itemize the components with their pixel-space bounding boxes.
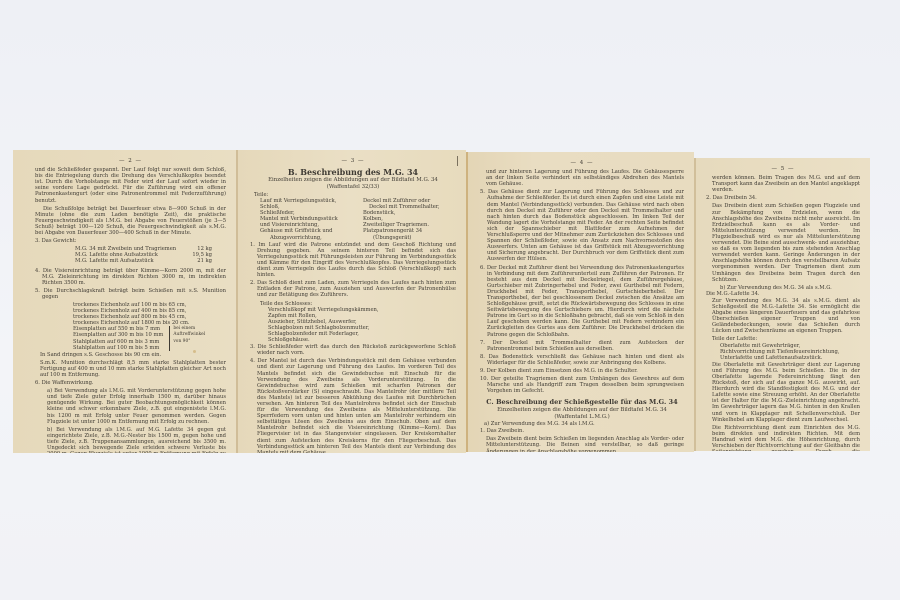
paragraph: und die Schließfeder gespannt. Der Lauf …	[35, 167, 226, 204]
page-5: — 5 — werden können. Beim Tragen des M.G…	[694, 158, 870, 451]
paragraph: Die Oberlafette mit Gewehrträger dient z…	[706, 362, 860, 423]
list-item: 10. Der geteilte Tragriemen dient zum Um…	[480, 376, 684, 394]
paragraph: Die Richtvorrichtung dient zum Einrichte…	[706, 425, 860, 451]
paragraph: Zur Verwendung des M.G. 34 als s.M.G. di…	[706, 298, 860, 335]
mount-parts: Teile der Lafette: Oberlafette mit Geweh…	[706, 336, 860, 360]
section-heading: 6. Die Waffenwirkung.	[35, 380, 226, 386]
subheading: Einzelheiten zeigen die Abbildungen auf …	[250, 177, 456, 183]
list-item: 1. Das Zweibein.	[480, 428, 684, 434]
page-3: — 3 — B. Beschreibung des M.G. 34 Einzel…	[236, 150, 466, 453]
list-item: 9. Der Kolben dient zum Einsetzen des M.…	[480, 368, 684, 374]
page-number: — 2 —	[35, 158, 226, 164]
mark	[457, 156, 459, 166]
list-item: 6. Der Deckel mit Zuführer dient bei Ver…	[480, 265, 684, 338]
section-heading: C. Beschreibung der Schießgestelle für d…	[480, 397, 684, 407]
list-item: 1. Im Lauf wird die Patrone entzündet un…	[250, 242, 456, 279]
stain	[193, 350, 196, 353]
paragraph: In Sand dringen s.S. Geschosse bis 90 cm…	[35, 352, 226, 358]
list-item: 8. Das Bodenstück verschließt das Gehäus…	[480, 354, 684, 366]
list-item: 4. Der Mantel ist durch das Verbindungss…	[250, 358, 456, 453]
list-item: 4. Die Visiereinrichtung beträgt über Ki…	[35, 268, 226, 286]
page-number: — 5 —	[706, 166, 860, 172]
paragraph: Das Dreibein dient zum Schießen gegen Fl…	[706, 203, 860, 282]
paragraph: Die Schußfolge beträgt bei Dauerfeuer et…	[35, 206, 226, 236]
paragraph: b) Bei Verwendung als l.M.G. auf M.G. La…	[35, 427, 226, 453]
manual-leaflet: — 2 — und die Schließfeder gespannt. Der…	[13, 150, 870, 453]
fold-line	[236, 150, 238, 453]
penetration-list: trockenes Eichenholz auf 100 m bis 65 cm…	[35, 302, 226, 326]
page-number: — 4 —	[480, 160, 684, 166]
subheading: (Waffentafel L.M.G.)	[480, 414, 684, 420]
section-heading: 3. Das Gewicht:	[35, 238, 226, 244]
list-item: 3. Die Schließfeder wirft das durch den …	[250, 344, 456, 356]
page-4: — 4 — und zur hinteren Lagerung und Führ…	[466, 152, 694, 452]
paragraph: und zur hinteren Lagerung und Führung de…	[480, 169, 684, 187]
page-number: — 3 —	[250, 158, 456, 164]
paragraph: werden können. Beim Tragen des M.G. und …	[706, 175, 860, 193]
lock-parts: Teile des Schlosses: Verschlußkopf mit V…	[250, 301, 456, 344]
subheading: Einzelheiten zeigen die Abbildungen auf …	[480, 407, 684, 413]
weight-row: M.G. Lafette mit Aufsatzstück21 kg	[35, 258, 226, 264]
paragraph: a) Bei Verwendung als l.M.G. mit Vorderu…	[35, 388, 226, 425]
fold-line	[466, 152, 468, 452]
plates-list: Eisenplatten auf 550 m bis 7 mm Eisenpla…	[35, 326, 226, 350]
list-item: 7. Der Deckel mit Trommelhalter dient zu…	[480, 340, 684, 352]
parts-list: Lauf mit Verriegelungsstück, Schloß, Sch…	[250, 198, 456, 241]
page-2: — 2 — und die Schließfeder gespannt. Der…	[13, 150, 236, 453]
paragraph: Das Zweibein dient beim Schießen im lieg…	[480, 436, 684, 452]
list-item: 5. Das Gehäuse dient zur Lagerung und Fü…	[480, 189, 684, 262]
subsection-heading: a) Zur Verwendung des M.G. 34 als l.M.G.	[480, 421, 684, 427]
subheading: (Waffentafel 32/33)	[250, 184, 456, 190]
section-heading: B. Beschreibung des M.G. 34	[250, 167, 456, 177]
list-item: 2. Das Schloß dient zum Laden, zum Verri…	[250, 280, 456, 298]
fold-line	[694, 158, 696, 451]
list-item: 2. Das Dreibein 34.	[706, 195, 860, 201]
section-heading: Die M.G.-Lafette 34.	[706, 291, 860, 297]
section-heading: 5. Die Durchschlagskraft beträgt beim Sc…	[35, 288, 226, 300]
paragraph: S.m.K. Munition durchschlägt 8,5 mm star…	[35, 360, 226, 378]
